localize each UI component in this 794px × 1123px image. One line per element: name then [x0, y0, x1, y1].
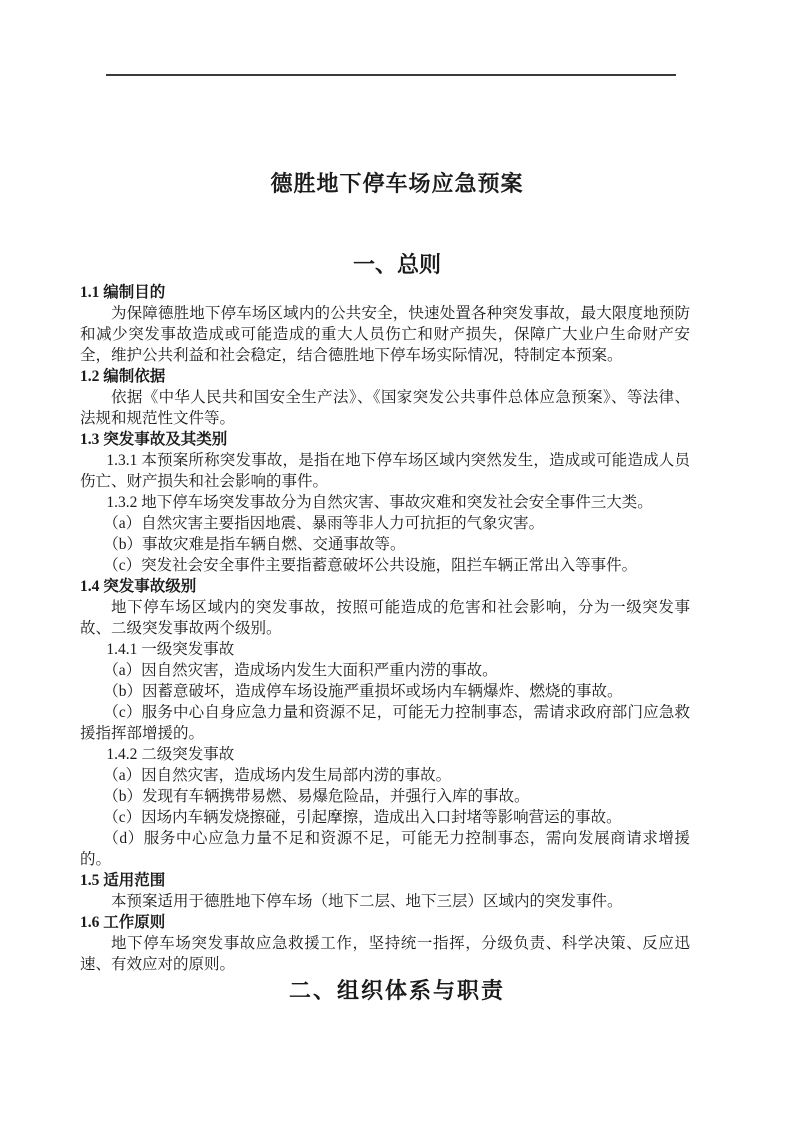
clause-heading: 1.6 工作原则	[80, 912, 690, 933]
section-heading-1: 一、总则	[0, 248, 794, 279]
list-item: （a）自然灾害主要指因地震、暴雨等非人力可抗拒的气象灾害。	[80, 513, 690, 534]
paragraph: 依据《中华人民共和国安全生产法》、《国家突发公共事件总体应急预案》、等法律、法规…	[80, 387, 690, 429]
clause-heading: 1.5 适用范围	[80, 870, 690, 891]
list-item: （b）事故灾难是指车辆自燃、交通事故等。	[80, 534, 690, 555]
clause-heading: 1.4 突发事故级别	[80, 576, 690, 597]
clause-heading: 1.3 突发事故及其类别	[80, 429, 690, 450]
sub-clause: 1.3.1 本预案所称突发事故，是指在地下停车场区域内突然发生，造成或可能造成人…	[80, 450, 690, 492]
list-item: （c）因场内车辆发烧擦碰，引起摩擦，造成出入口封堵等影响营运的事故。	[80, 807, 690, 828]
list-item: （c）突发社会安全事件主要指蓄意破坏公共设施，阻拦车辆正常出入等事件。	[80, 555, 690, 576]
list-item: （b）发现有车辆携带易燃、易爆危险品，并强行入库的事故。	[80, 786, 690, 807]
clause-heading: 1.1 编制目的	[80, 282, 690, 303]
section-heading-2: 二、组织体系与职责	[0, 974, 794, 1005]
list-item: （d）服务中心应急力量不足和资源不足，可能无力控制事态，需向发展商请求增援的。	[80, 828, 690, 870]
list-item: （a）因自然灾害，造成场内发生大面积严重内涝的事故。	[80, 660, 690, 681]
clause-heading: 1.2 编制依据	[80, 366, 690, 387]
list-item: （c）服务中心自身应急力量和资源不足，可能无力控制事态，需请求政府部门应急救援指…	[80, 702, 690, 744]
sub-clause: 1.4.1 一级突发事故	[80, 639, 690, 660]
paragraph: 地下停车场区域内的突发事故，按照可能造成的危害和社会影响，分为一级突发事故、二级…	[80, 597, 690, 639]
list-item: （b）因蓄意破坏，造成停车场设施严重损坏或场内车辆爆炸、燃烧的事故。	[80, 681, 690, 702]
paragraph: 地下停车场突发事故应急救援工作，坚持统一指挥，分级负责、科学决策、反应迅速、有效…	[80, 933, 690, 975]
document-page: 德胜地下停车场应急预案 一、总则 1.1 编制目的为保障德胜地下停车场区域内的公…	[0, 0, 794, 1123]
paragraph: 为保障德胜地下停车场区域内的公共安全，快速处置各种突发事故，最大限度地预防和减少…	[80, 303, 690, 366]
paragraph: 本预案适用于德胜地下停车场（地下二层、地下三层）区域内的突发事件。	[80, 891, 690, 912]
document-title: 德胜地下停车场应急预案	[0, 167, 794, 198]
list-item: （a）因自然灾害，造成场内发生局部内涝的事故。	[80, 765, 690, 786]
document-body: 1.1 编制目的为保障德胜地下停车场区域内的公共安全，快速处置各种突发事故，最大…	[80, 282, 690, 975]
sub-clause: 1.3.2 地下停车场突发事故分为自然灾害、事故灾难和突发社会安全事件三大类。	[80, 492, 690, 513]
sub-clause: 1.4.2 二级突发事故	[80, 744, 690, 765]
header-rule	[106, 74, 676, 76]
